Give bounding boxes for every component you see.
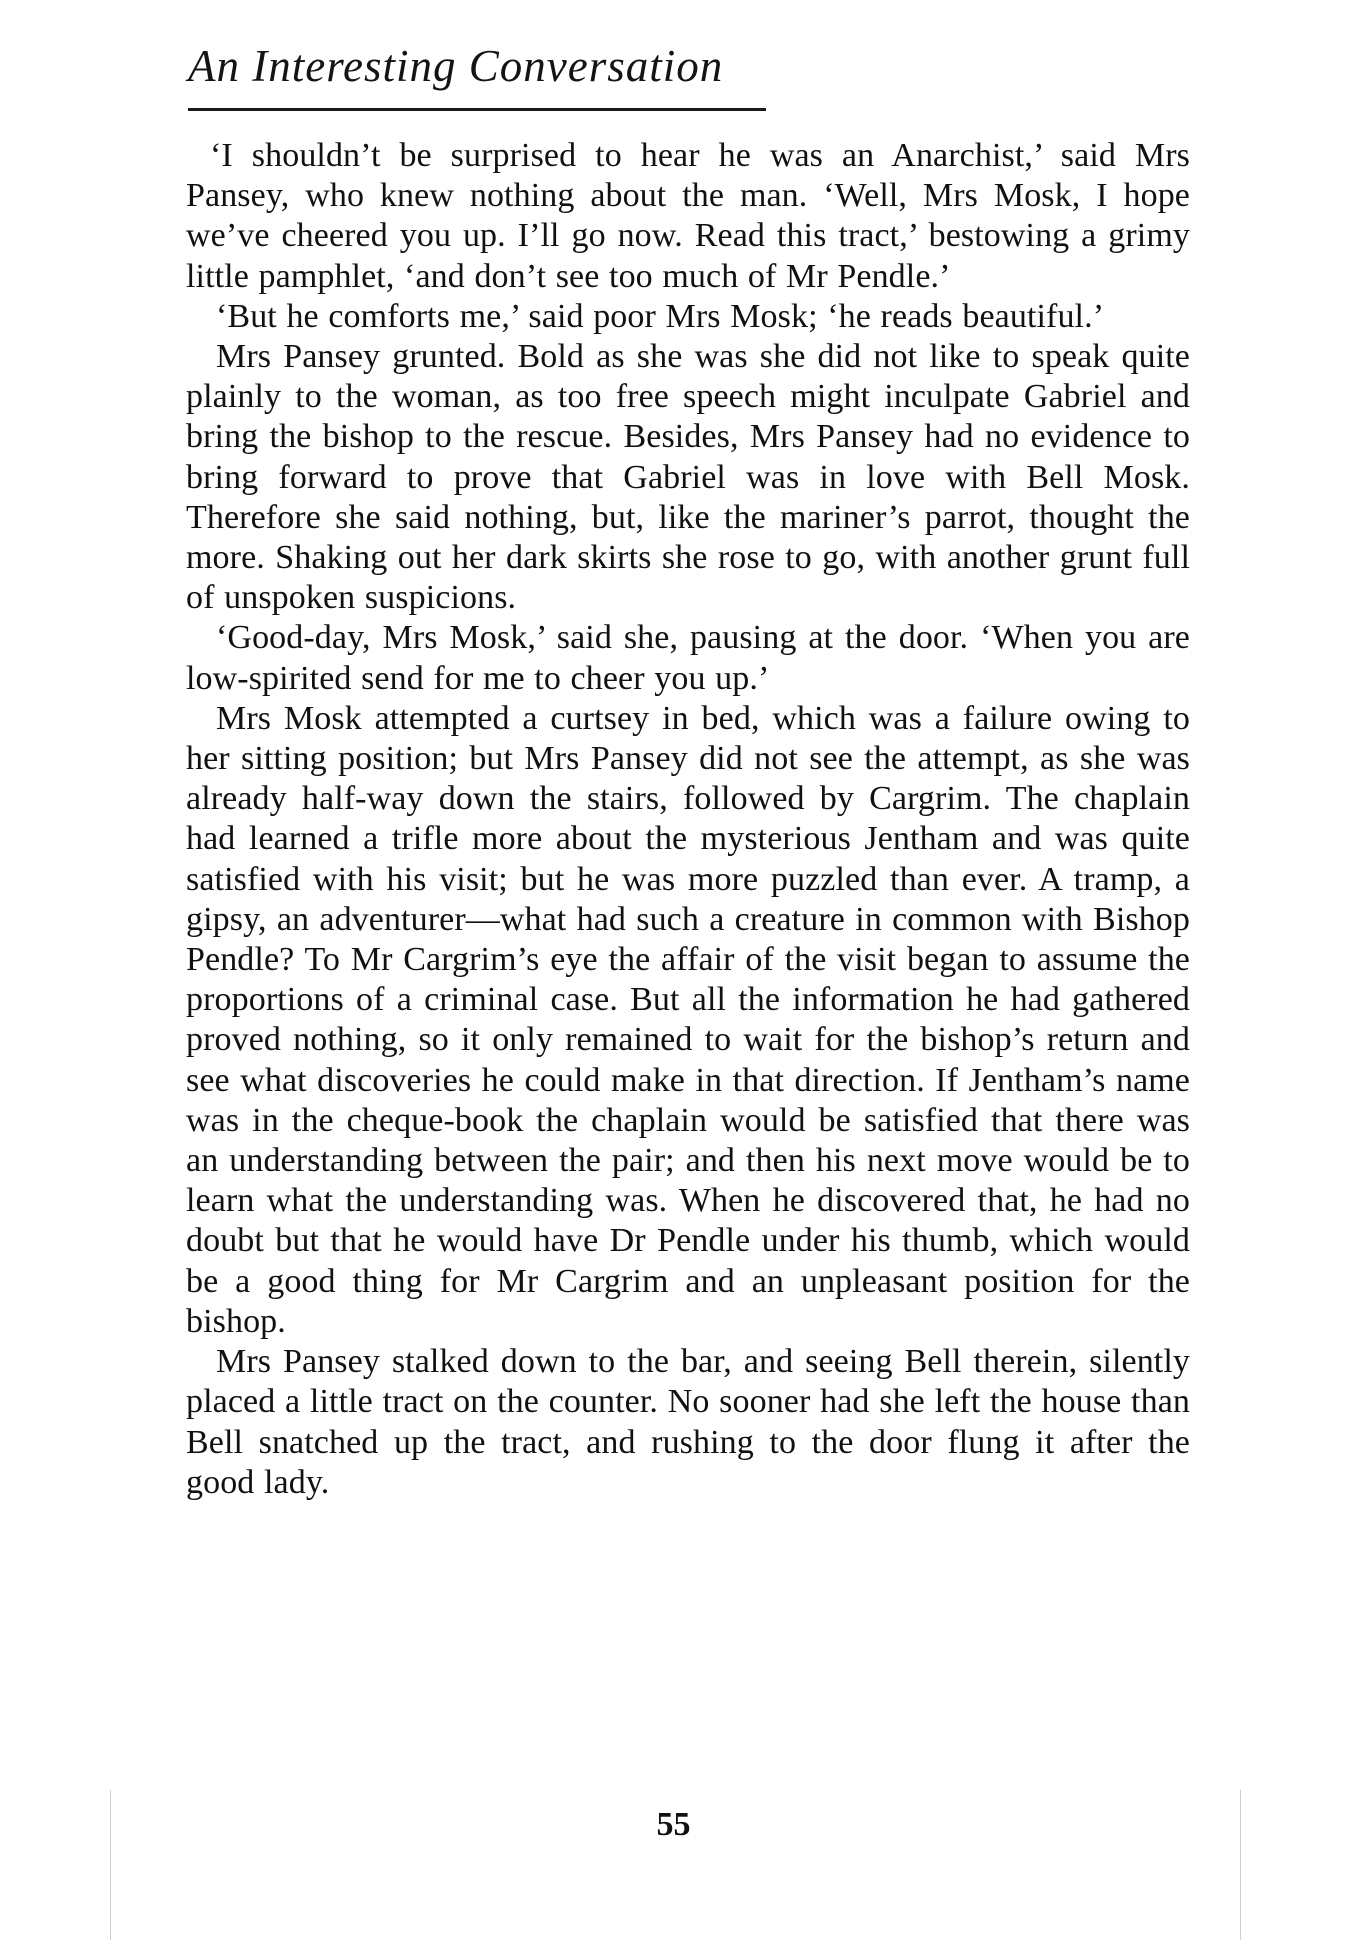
running-head: An Interesting Conversation [188, 40, 788, 92]
paragraph-tract: Mrs Pansey stalked down to the bar, and … [186, 1342, 1190, 1503]
paragraph-curtsey: Mrs Mosk attempted a curtsey in bed, whi… [186, 699, 1190, 1342]
scan-edge-mark [1240, 1790, 1241, 1940]
page-number: 55 [0, 1806, 1347, 1844]
book-page: An Interesting Conversation ‘I shouldn’t… [0, 0, 1347, 1952]
scan-edge-mark [110, 1790, 111, 1940]
header-rule [188, 108, 766, 111]
chapter-title: An Interesting Conversation [188, 40, 788, 92]
paragraph-grunted: Mrs Pansey grunted. Bold as she was she … [186, 337, 1190, 618]
body-text: ‘I shouldn’t be surprised to hear he was… [186, 136, 1190, 1503]
paragraph-good-day: ‘Good-day, Mrs Mosk,’ said she, pausing … [186, 618, 1190, 698]
paragraph-comforts: ‘But he comforts me,’ said poor Mrs Mosk… [186, 297, 1190, 337]
paragraph-anarchist: ‘I shouldn’t be surprised to hear he was… [186, 136, 1190, 297]
